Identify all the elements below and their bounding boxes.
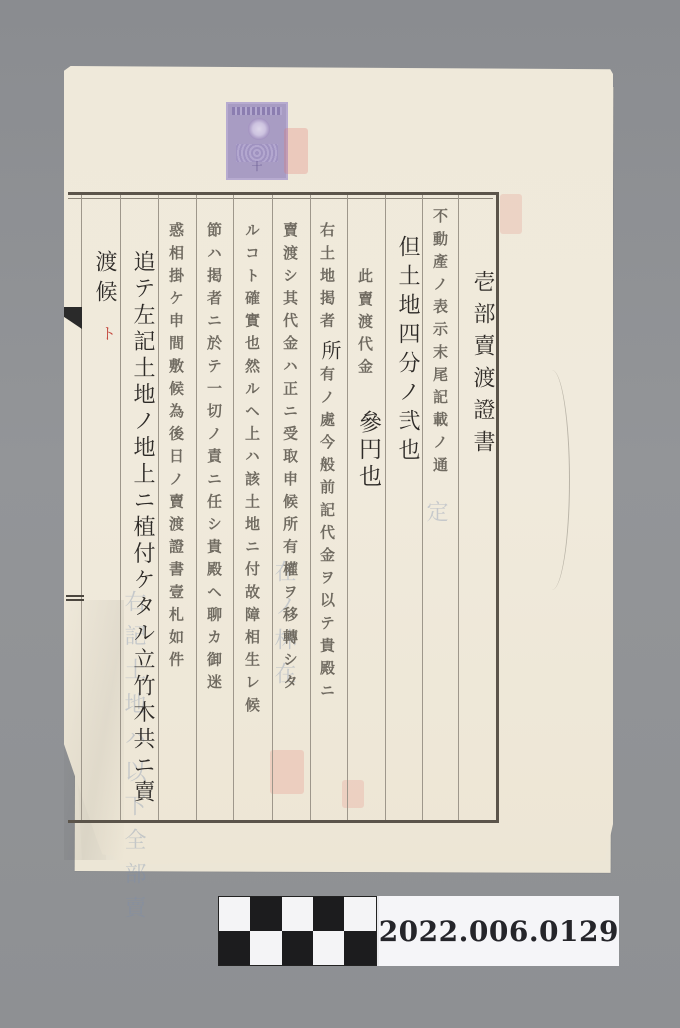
accession-label: 2022.006.0129 xyxy=(218,896,619,966)
frame-inner-line xyxy=(68,198,493,199)
column-rule xyxy=(81,195,82,820)
checker-square-white xyxy=(313,931,344,965)
accession-number: 2022.006.0129 xyxy=(379,896,619,966)
bleed-through-text: 定 xyxy=(420,500,451,534)
property-heading: 不動產ノ表示末尾記載ノ通 xyxy=(430,208,451,479)
color-checker-scale xyxy=(218,896,377,966)
red-seal-mark xyxy=(500,194,522,234)
price-value: 參円也 xyxy=(352,410,385,491)
price-label: 此賣渡代金 xyxy=(355,268,376,381)
body-line-1-a: 右土地掲者 xyxy=(317,222,338,335)
column-rule xyxy=(233,195,234,820)
red-seal-mark xyxy=(284,128,308,174)
checker-square-black xyxy=(313,897,344,931)
chrysanthemum-icon xyxy=(248,118,270,140)
body-line-5: 惑相掛ケ申間敷候為後日ノ賣渡證書壹札如件 xyxy=(166,222,187,674)
red-correction-mark: ト xyxy=(96,325,119,341)
body-line-1-handwritten: 所 xyxy=(316,340,345,363)
checker-square-white xyxy=(219,897,250,931)
body-line-2: 賣渡シ其代金ハ正ニ受取申候所有權ヲ移轉シタ xyxy=(280,222,301,697)
margin-dash xyxy=(66,595,84,597)
column-rule xyxy=(158,195,159,820)
stamp-border-pattern xyxy=(232,107,282,115)
document-title: 壱部賣渡證書 xyxy=(467,270,498,462)
body-line-4: 節ハ掲者ニ於テ一切ノ責ニ任シ貴殿ヘ聊カ御迷 xyxy=(204,222,225,697)
body-line-1-b: 有ノ處今般前記代金ヲ以テ貴殿ニ xyxy=(317,366,338,705)
revenue-stamp: 十 xyxy=(226,102,288,180)
stamp-value: 十 xyxy=(228,158,286,174)
postscript-line-2: 渡候 xyxy=(89,250,120,310)
column-rule xyxy=(347,195,348,820)
column-rule xyxy=(310,195,311,820)
checker-square-black xyxy=(282,931,313,965)
column-rule xyxy=(385,195,386,820)
checker-square-white xyxy=(282,897,313,931)
land-share-note: 但土地四分ノ弐也 xyxy=(392,235,423,467)
column-rule xyxy=(272,195,273,820)
column-rule xyxy=(196,195,197,820)
body-line-3: ルコト確實也然ルヘ上ハ該土地ニ付故障相生レ候 xyxy=(242,222,263,719)
column-rule xyxy=(458,195,459,820)
checker-square-black xyxy=(250,897,281,931)
checker-square-white xyxy=(250,931,281,965)
checker-square-black xyxy=(219,931,250,965)
postscript-line-1: 追テ左記土地ノ地上ニ植付ケタル立竹木共ニ賣 xyxy=(127,250,158,807)
checker-square-white xyxy=(344,897,375,931)
checker-square-black xyxy=(344,931,375,965)
margin-dash xyxy=(66,599,84,601)
